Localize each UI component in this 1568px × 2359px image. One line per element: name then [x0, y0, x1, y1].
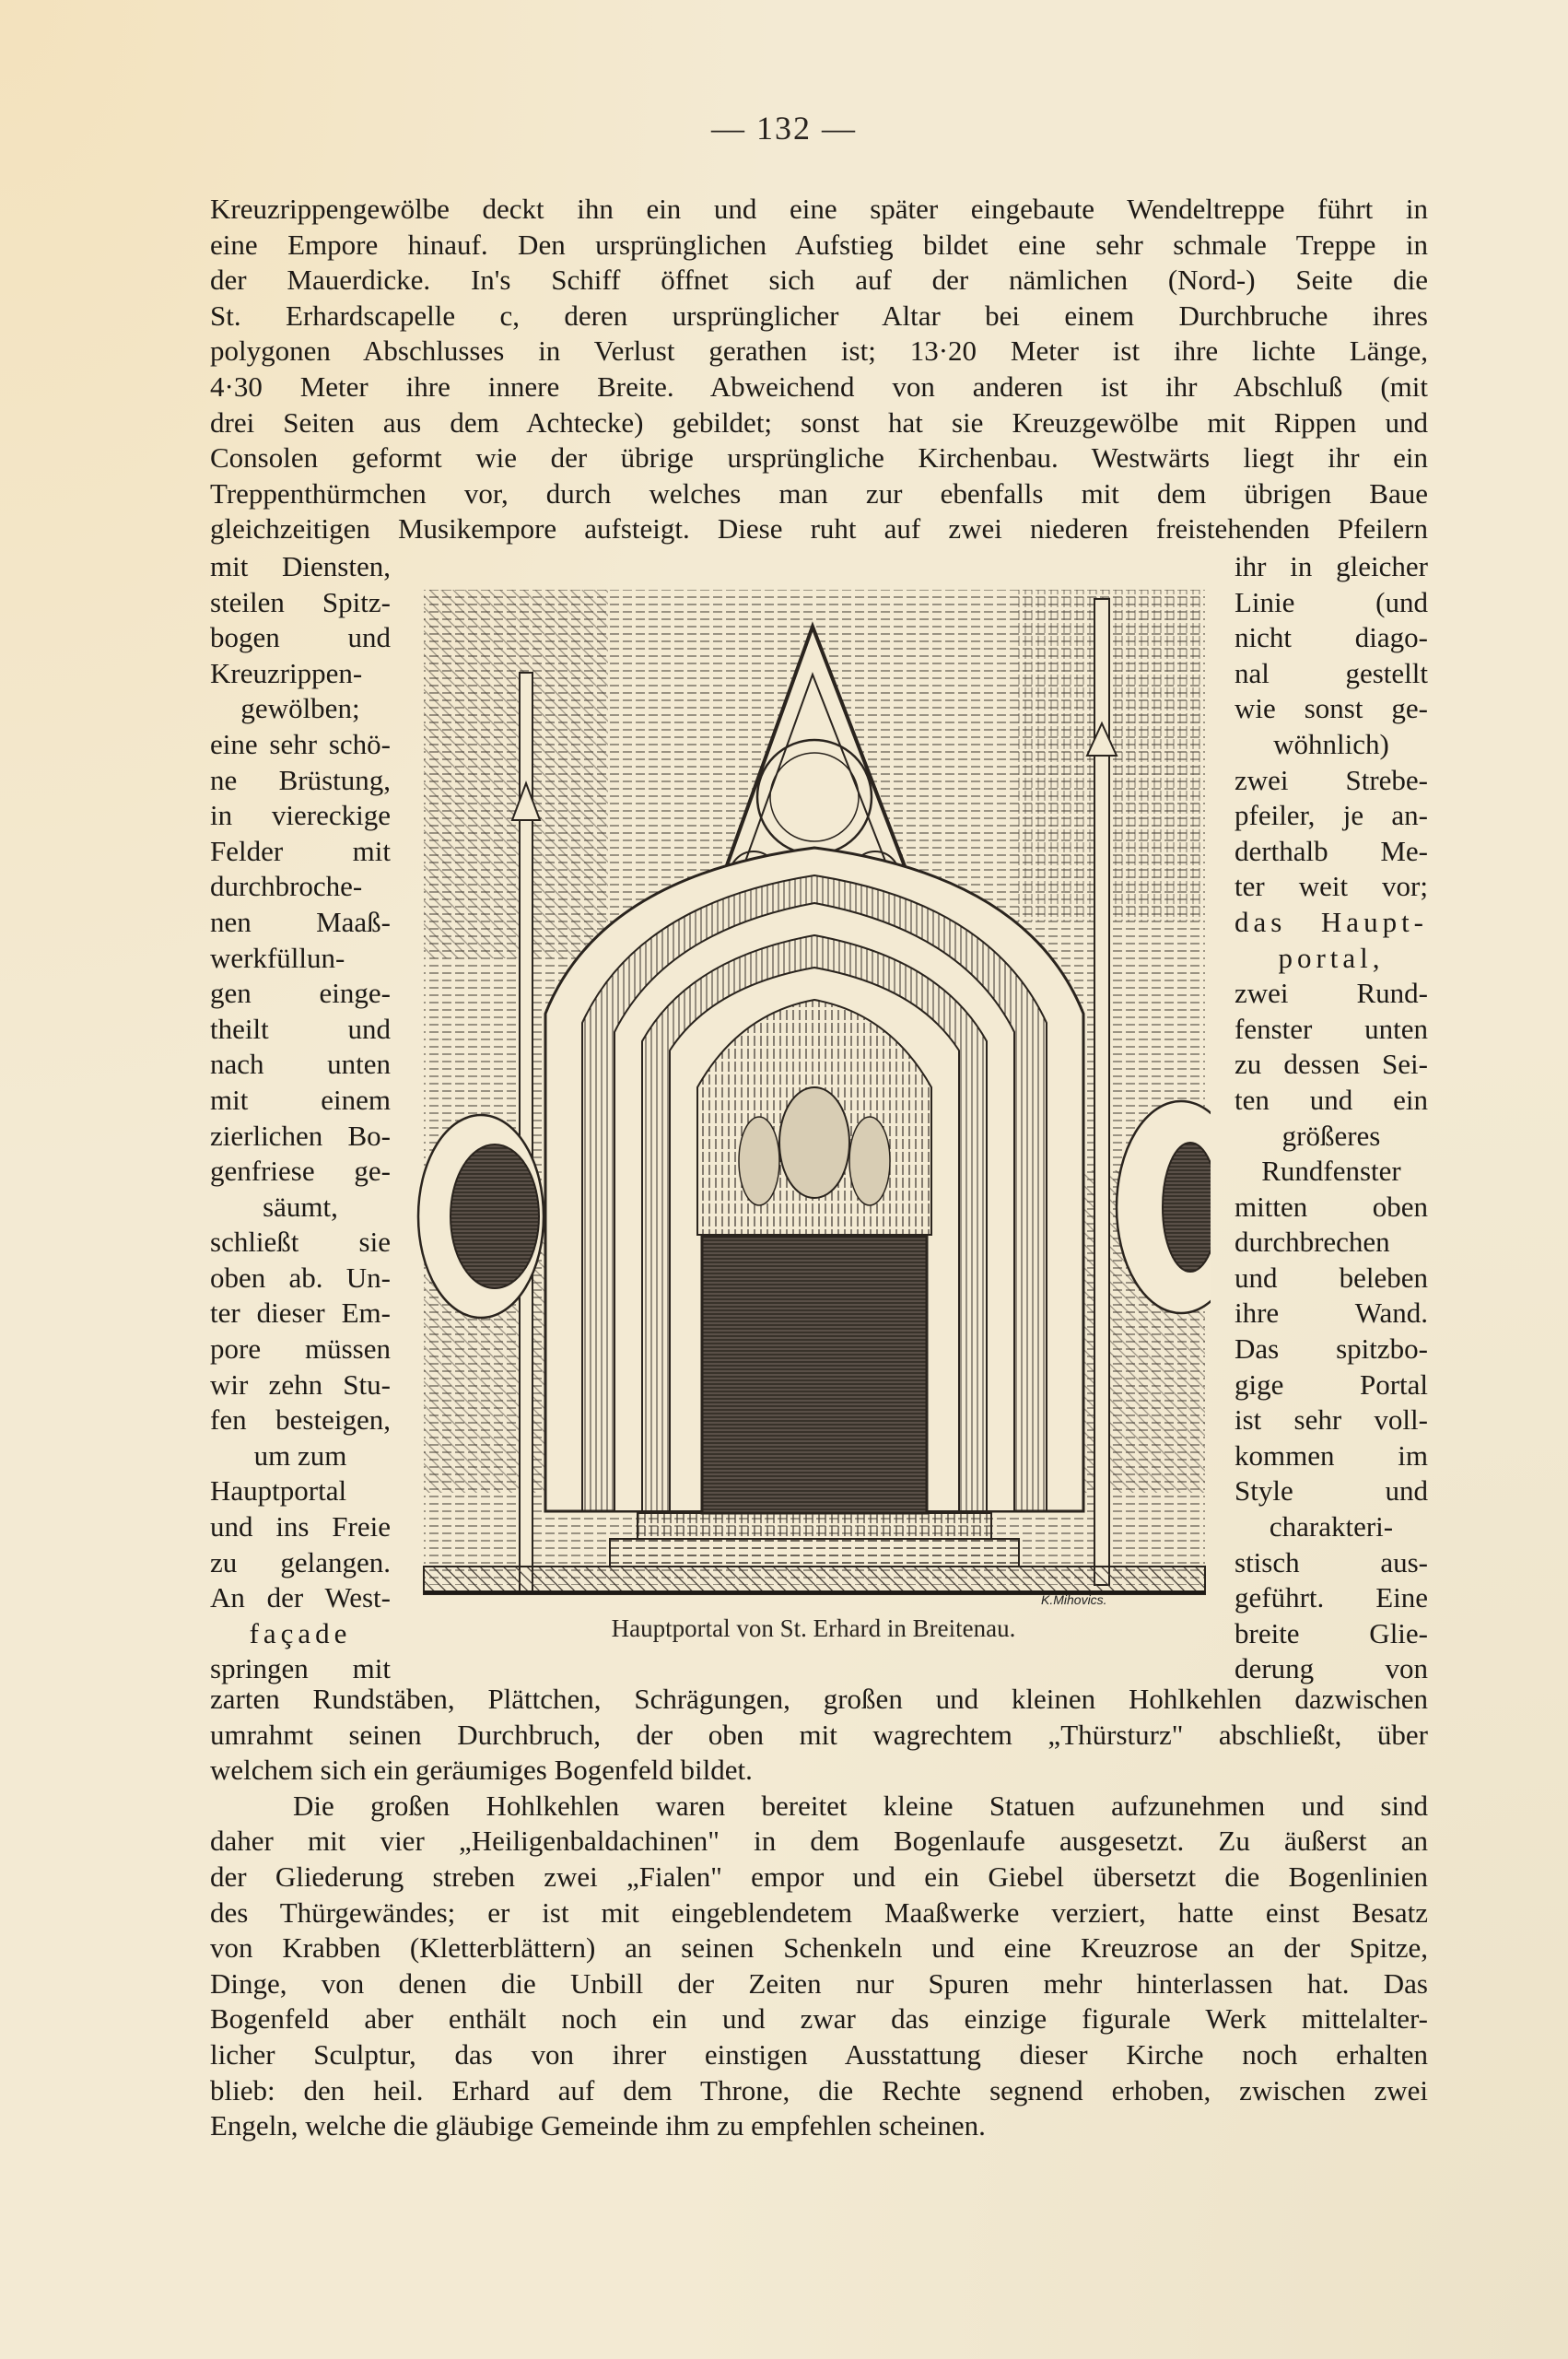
text-line: um zum — [210, 1438, 391, 1474]
text-line: Consolen geformt wie der übrige ursprüng… — [210, 440, 1428, 476]
text-line: Linie (und — [1235, 585, 1428, 621]
text-line: in viereckige — [210, 798, 391, 834]
text-line: schließt sie — [210, 1225, 391, 1261]
text-line: An der West- — [210, 1580, 391, 1616]
text-line: Kreuzrippen- — [210, 656, 391, 692]
text-line: und beleben — [1235, 1261, 1428, 1297]
text-line: Style und — [1235, 1473, 1428, 1509]
text-line: das Haupt- — [1235, 905, 1428, 941]
text-line: kommen im — [1235, 1438, 1428, 1474]
text-line: durchbrechen — [1235, 1225, 1428, 1261]
right-text-column: ihr in gleicher Linie (und nicht diago- … — [1235, 549, 1428, 1687]
text-line: zierlichen Bo- — [210, 1119, 391, 1155]
text-line: wie sonst ge- — [1235, 691, 1428, 727]
text-line: Felder mit — [210, 834, 391, 870]
illustrator-signature: K.Mihovics. — [1041, 1592, 1107, 1607]
text-line: mitten oben — [1235, 1190, 1428, 1226]
body-text-top: Kreuzrippengewölbe deckt ihn ein und ein… — [210, 192, 1428, 547]
text-line: ihr in gleicher — [1235, 549, 1428, 585]
text-line: fenster unten — [1235, 1012, 1428, 1048]
text-line: drei Seiten aus dem Achtecke) gebildet; … — [210, 405, 1428, 441]
text-line: blieb: den heil. Erhard auf dem Throne, … — [210, 2073, 1428, 2109]
text-line: ist sehr voll- — [1235, 1402, 1428, 1438]
text-line: werkfüllun- — [210, 941, 391, 977]
text-line: durchbroche- — [210, 869, 391, 905]
text-line: von Krabben (Kletterblättern) an seinen … — [210, 1931, 1428, 1966]
text-line: Kreuzrippengewölbe deckt ihn ein und ein… — [210, 192, 1428, 228]
text-line: ne Brüstung, — [210, 763, 391, 799]
text-line: zwei Strebe- — [1235, 763, 1428, 799]
text-line: zu gelangen. — [210, 1545, 391, 1581]
text-line: nicht diago- — [1235, 620, 1428, 656]
body-text-bottom: zarten Rundstäben, Plättchen, Schrägunge… — [210, 1682, 1428, 2144]
text-line: breite Glie- — [1235, 1616, 1428, 1652]
text-line: stisch aus- — [1235, 1545, 1428, 1581]
text-line: zu dessen Sei- — [1235, 1047, 1428, 1083]
text-line: geführt. Eine — [1235, 1580, 1428, 1616]
text-line: steilen Spitz- — [210, 585, 391, 621]
text-line: mit einem — [210, 1083, 391, 1119]
text-line: bogen und — [210, 620, 391, 656]
text-line: 4·30 Meter ihre innere Breite. Abweichen… — [210, 370, 1428, 405]
text-line: oben ab. Un- — [210, 1261, 391, 1297]
left-text-column: mit Diensten, steilen Spitz- bogen und K… — [210, 549, 391, 1687]
text-line: Engeln, welche die gläubige Gemeinde ihm… — [210, 2108, 1428, 2144]
text-line: nach unten — [210, 1047, 391, 1083]
text-line: Das spitzbo- — [1235, 1332, 1428, 1367]
text-line: façade — [210, 1616, 391, 1652]
portal-illustration — [416, 571, 1211, 1613]
text-line: ter dieser Em- — [210, 1296, 391, 1332]
text-line: Bogenfeld aber enthält noch ein und zwar… — [210, 2001, 1428, 2037]
text-line: des Thürgewändes; er ist mit eingeblende… — [210, 1895, 1428, 1931]
text-line: Treppenthürmchen vor, durch welches man … — [210, 476, 1428, 512]
text-line: St. Erhardscapelle c, deren ursprünglich… — [210, 299, 1428, 334]
text-line: und ins Freie — [210, 1509, 391, 1545]
text-line: gewölben; — [210, 691, 391, 727]
text-line: gen einge- — [210, 976, 391, 1012]
text-line: theilt und — [210, 1012, 391, 1048]
text-line: gleichzeitigen Musikempore aufsteigt. Di… — [210, 511, 1428, 547]
text-line: welchem sich ein geräumiges Bogenfeld bi… — [210, 1753, 1428, 1789]
text-line: derthalb Me- — [1235, 834, 1428, 870]
text-line: Rundfenster — [1235, 1154, 1428, 1190]
text-line: Hauptportal — [210, 1473, 391, 1509]
text-line: charakteri- — [1235, 1509, 1428, 1545]
text-line: nal gestellt — [1235, 656, 1428, 692]
text-line: gige Portal — [1235, 1367, 1428, 1403]
text-line: größeres — [1235, 1119, 1428, 1155]
text-line: mit Diensten, — [210, 549, 391, 585]
text-line: umrahmt seinen Durchbruch, der oben mit … — [210, 1718, 1428, 1754]
text-line: nen Maaß- — [210, 905, 391, 941]
text-line: pore müssen — [210, 1332, 391, 1367]
text-line: genfriese ge- — [210, 1154, 391, 1190]
text-line: der Gliederung streben zwei „Fialen" emp… — [210, 1860, 1428, 1895]
text-line: licher Sculptur, das von ihrer einstigen… — [210, 2037, 1428, 2073]
text-line: ihre Wand. — [1235, 1296, 1428, 1332]
text-line: wöhnlich) — [1235, 727, 1428, 763]
text-line: Die großen Hohlkehlen waren bereitet kle… — [210, 1789, 1428, 1825]
text-line: pfeiler, je an- — [1235, 798, 1428, 834]
text-line: polygonen Abschlusses in Verlust gerathe… — [210, 334, 1428, 370]
text-line: portal, — [1235, 941, 1428, 977]
text-line: wir zehn Stu- — [210, 1367, 391, 1403]
text-line: fen besteigen, — [210, 1402, 391, 1438]
text-line: säumt, — [210, 1190, 391, 1226]
text-line: Dinge, von denen die Unbill der Zeiten n… — [210, 1966, 1428, 2002]
text-line: zarten Rundstäben, Plättchen, Schrägunge… — [210, 1682, 1428, 1718]
text-line: ten und ein — [1235, 1083, 1428, 1119]
text-line: eine Empore hinauf. Den ursprünglichen A… — [210, 228, 1428, 264]
text-line: daher mit vier „Heiligenbaldachinen" in … — [210, 1824, 1428, 1860]
text-line: der Mauerdicke. In's Schiff öffnet sich … — [210, 263, 1428, 299]
text-line: ter weit vor; — [1235, 869, 1428, 905]
text-line: eine sehr schö- — [210, 727, 391, 763]
figure-caption: Hauptportal von St. Erhard in Breitenau. — [416, 1614, 1211, 1643]
page-number: — 132 — — [0, 109, 1568, 147]
text-line: zwei Rund- — [1235, 976, 1428, 1012]
